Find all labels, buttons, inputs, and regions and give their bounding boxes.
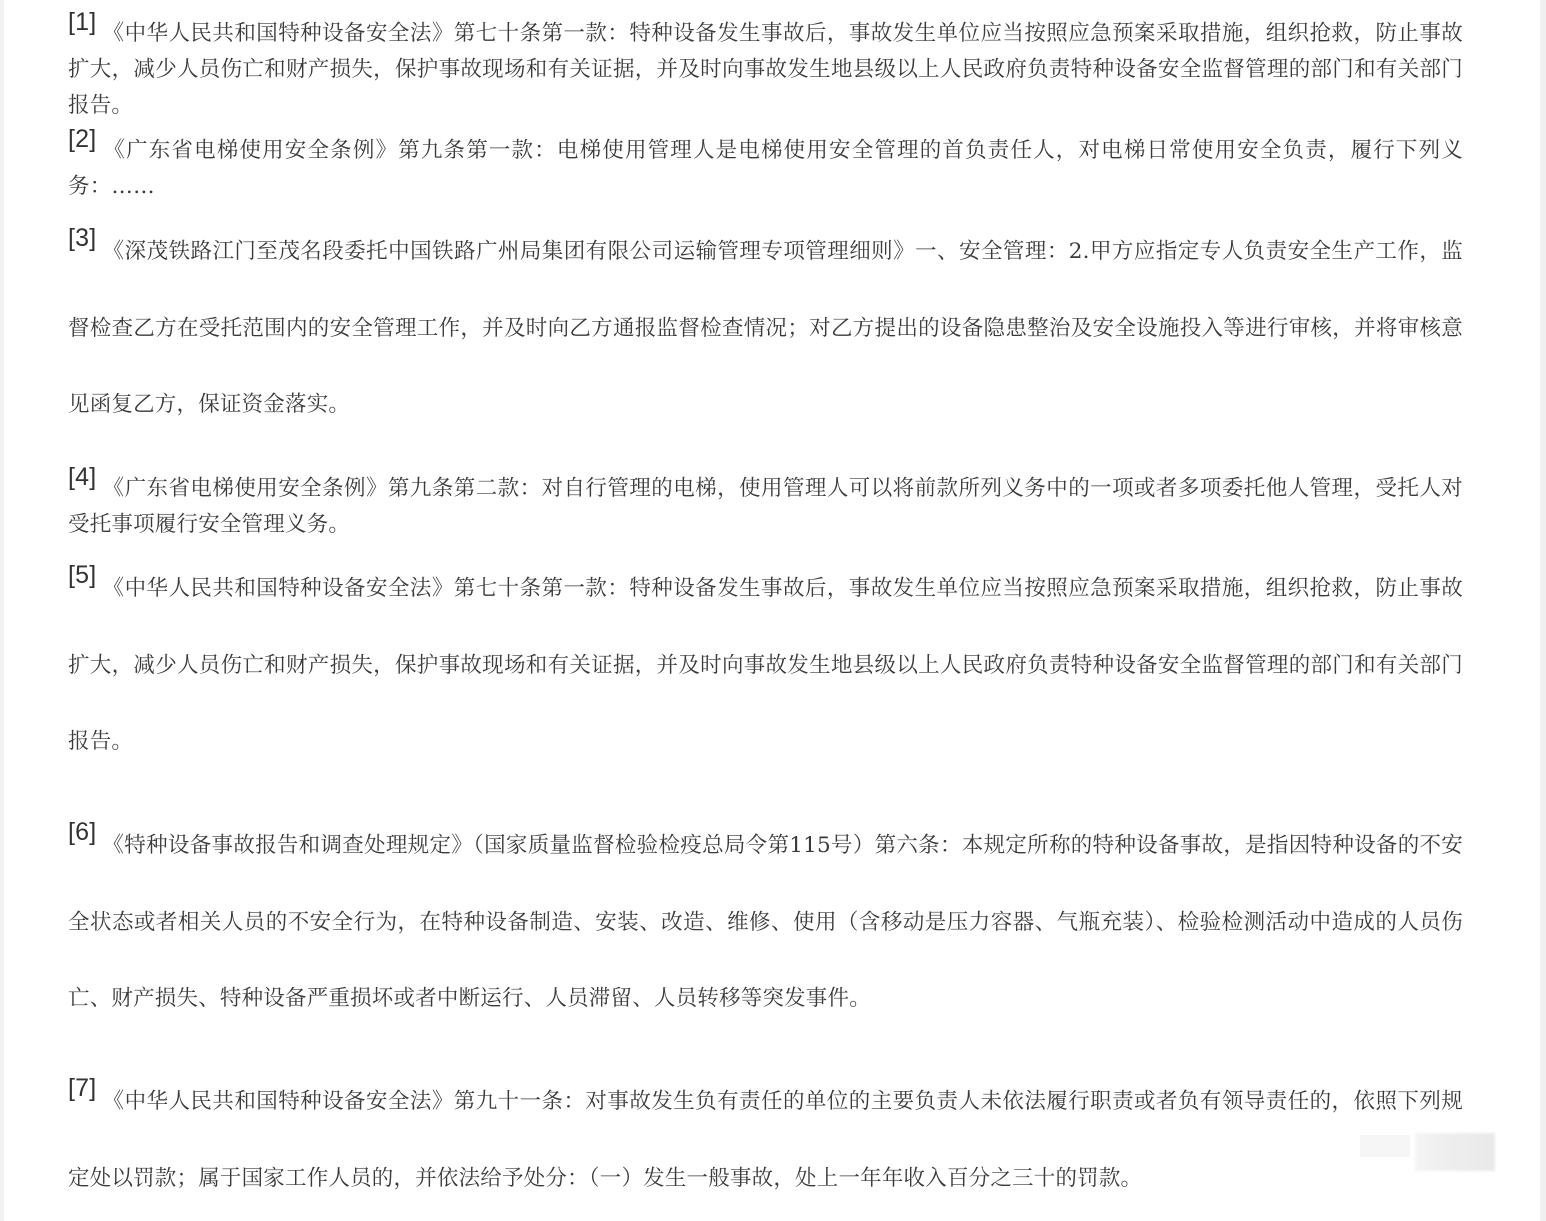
footnote-marker[interactable]: [5] — [68, 561, 96, 589]
footnote-text: 《中华人民共和国特种设备安全法》第七十条第一款：特种设备发生事故后，事故发生单位… — [68, 576, 1463, 754]
footnote-marker[interactable]: [4] — [68, 463, 96, 491]
footnote-6: [6]《特种设备事故报告和调查处理规定》（国家质量监督检验检疫总局令第115号）… — [68, 806, 1463, 1038]
footnote-marker[interactable]: [3] — [68, 224, 96, 252]
footnote-3: [3]《深茂铁路江门至茂名段委托中国铁路广州局集团有限公司运输管理专项管理细则》… — [68, 212, 1463, 444]
footnote-2: [2]《广东省电梯使用安全条例》第九条第一款：电梯使用管理人是电梯使用安全管理的… — [68, 131, 1463, 205]
footnote-text: 《深茂铁路江门至茂名段委托中国铁路广州局集团有限公司运输管理专项管理细则》一、安… — [68, 239, 1463, 417]
footnote-marker[interactable]: [2] — [68, 125, 96, 153]
footnote-text: 《特种设备事故报告和调查处理规定》（国家质量监督检验检疫总局令第115号）第六条… — [68, 833, 1463, 1011]
footnote-marker[interactable]: [6] — [68, 818, 96, 846]
footnote-marker[interactable]: [1] — [68, 8, 96, 36]
footnote-1: [1]《中华人民共和国特种设备安全法》第七十条第一款：特种设备发生事故后，事故发… — [68, 14, 1463, 124]
footnote-text: 《中华人民共和国特种设备安全法》第九十一条：对事故发生负有责任的单位的主要负责人… — [68, 1089, 1463, 1191]
footnote-text: 《广东省电梯使用安全条例》第九条第一款：电梯使用管理人是电梯使用安全管理的首负责… — [68, 138, 1463, 199]
page-left-border — [0, 0, 4, 1221]
footnote-7: [7]《中华人民共和国特种设备安全法》第九十一条：对事故发生负有责任的单位的主要… — [68, 1062, 1463, 1217]
blurred-watermark — [1415, 1133, 1495, 1171]
page-right-border — [1540, 0, 1546, 1221]
footnote-4: [4]《广东省电梯使用安全条例》第九条第二款：对自行管理的电梯，使用管理人可以将… — [68, 469, 1463, 543]
footnote-text: 《广东省电梯使用安全条例》第九条第二款：对自行管理的电梯，使用管理人可以将前款所… — [68, 476, 1463, 537]
footnote-text: 《中华人民共和国特种设备安全法》第七十条第一款：特种设备发生事故后，事故发生单位… — [68, 21, 1463, 118]
footnote-marker[interactable]: [7] — [68, 1074, 96, 1102]
footnote-5: [5]《中华人民共和国特种设备安全法》第七十条第一款：特种设备发生事故后，事故发… — [68, 549, 1463, 781]
blurred-watermark — [1360, 1135, 1410, 1157]
